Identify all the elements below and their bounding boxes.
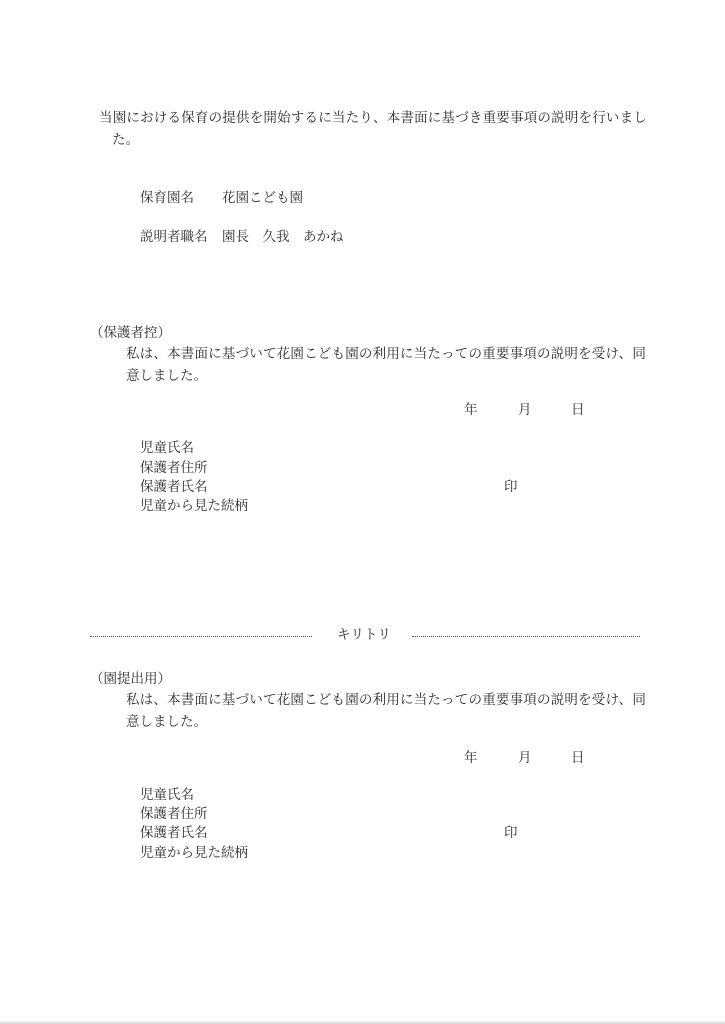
relationship-label: 児童から見た続柄 bbox=[140, 847, 248, 861]
explainer-label: 説明者職名 bbox=[140, 231, 208, 245]
date-year-label: 年 bbox=[464, 404, 478, 418]
section-title: （園提出用） bbox=[90, 673, 171, 687]
relationship-label: 児童から見た続柄 bbox=[140, 500, 248, 514]
child-name-label: 児童氏名 bbox=[140, 442, 194, 456]
consent-text-line1: 私は、本書面に基づいて花園こども園の利用に当たっての重要事項の説明を受け、同 bbox=[126, 694, 646, 708]
date-month-label: 月 bbox=[518, 404, 532, 418]
cut-line-left bbox=[90, 636, 312, 637]
cut-line-right bbox=[412, 636, 640, 637]
consent-text-line2: 意しました。 bbox=[126, 370, 207, 384]
guardian-address-label: 保護者住所 bbox=[140, 808, 208, 822]
intro-text-line1: 当園における保育の提供を開始するに当たり、本書面に基づき重要事項の説明を行いまし bbox=[99, 112, 647, 126]
seal-mark: 印 bbox=[504, 827, 518, 841]
child-name-label: 児童氏名 bbox=[140, 789, 194, 803]
section-title: （保護者控） bbox=[90, 327, 171, 341]
explainer-value: 園長 久我 あかね bbox=[222, 231, 344, 245]
nursery-name-label: 保育園名 bbox=[140, 192, 194, 206]
nursery-name-value: 花園こども園 bbox=[222, 192, 303, 206]
guardian-address-label: 保護者住所 bbox=[140, 462, 208, 476]
date-day-label: 日 bbox=[571, 752, 585, 766]
guardian-name-label: 保護者氏名 bbox=[140, 827, 208, 841]
consent-text-line1: 私は、本書面に基づいて花園こども園の利用に当たっての重要事項の説明を受け、同 bbox=[126, 348, 646, 362]
date-day-label: 日 bbox=[571, 404, 585, 418]
date-month-label: 月 bbox=[518, 752, 532, 766]
guardian-name-label: 保護者氏名 bbox=[140, 481, 208, 495]
document-page: 当園における保育の提供を開始するに当たり、本書面に基づき重要事項の説明を行いまし… bbox=[0, 0, 725, 1024]
date-year-label: 年 bbox=[464, 752, 478, 766]
consent-text-line2: 意しました。 bbox=[126, 716, 207, 730]
seal-mark: 印 bbox=[504, 481, 518, 495]
cut-line-label: キリトリ bbox=[337, 629, 391, 643]
intro-text-line2: た。 bbox=[112, 134, 139, 148]
